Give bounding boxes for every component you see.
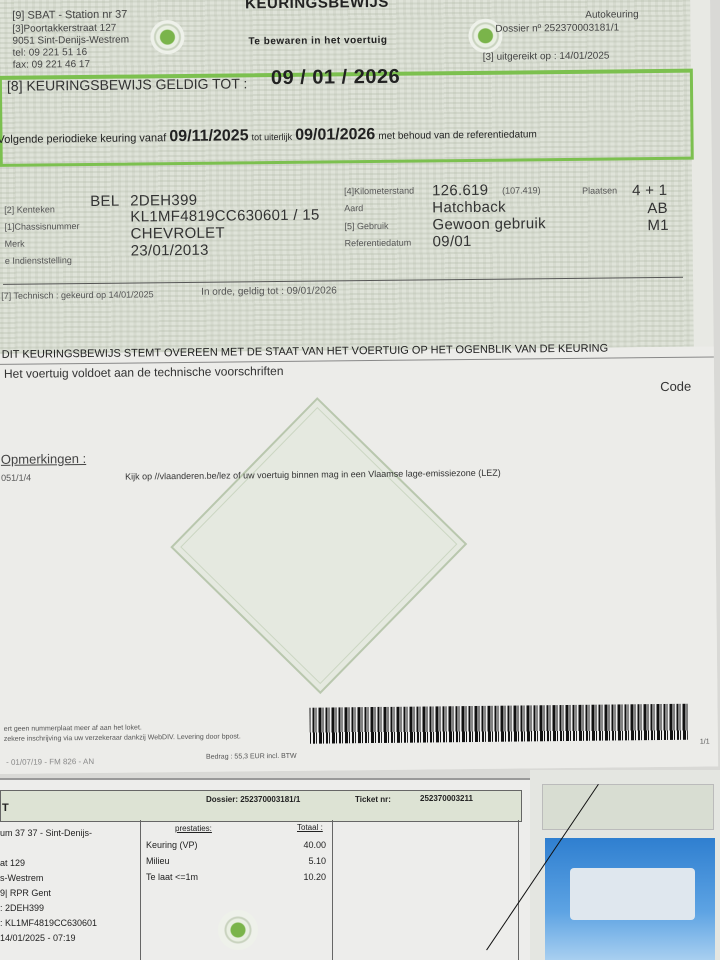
- plate-number: 2DEH399: [130, 192, 197, 210]
- service-item: Keuring (VP)40.00: [146, 837, 326, 853]
- document-subtitle: Te bewaren in het voertuig: [248, 35, 387, 47]
- goca-logo-icon: [150, 20, 184, 54]
- vehicle-category: M1: [647, 217, 669, 234]
- amount: Bedrag : 55,3 EUR incl. BTW: [206, 753, 297, 761]
- next-until-date: 09/01/2026: [295, 126, 375, 144]
- inspection-certificate: KEURINGSBEWIJS Te bewaren in het voertui…: [0, 0, 718, 774]
- next-from-date: 09/11/2025: [169, 127, 248, 145]
- service-item: Te laat <=1m10.20: [146, 869, 326, 885]
- form-code: - 01/07/19 - FM 826 - AN: [6, 757, 94, 767]
- validity-date: 09 / 01 / 2026: [271, 66, 401, 90]
- barcode: [309, 704, 687, 744]
- usage: Gewoon gebruik: [432, 215, 546, 233]
- body-type: Hatchback: [432, 199, 506, 217]
- plate-country: BEL: [90, 193, 119, 210]
- page-number: 1/1: [700, 739, 710, 746]
- odometer-previous: (107.419): [502, 185, 541, 195]
- remarks-label: Opmerkingen :: [1, 451, 86, 467]
- inspection-type: Autokeuring: [585, 9, 638, 21]
- station-name: [9] SBAT - Station nr 37: [12, 9, 127, 22]
- station-city: 9051 Sint-Denijs-Westrem: [12, 35, 129, 47]
- seats: 4 + 1: [632, 182, 667, 199]
- station-tel: tel: 09 221 51 16: [13, 47, 88, 59]
- remark-code: 051/1/4: [1, 473, 31, 483]
- reference-date: 09/01: [433, 233, 472, 250]
- issue-date: [3] uitgereikt op : 14/01/2025: [483, 51, 610, 63]
- technical-valid: In orde, geldig tot : 09/01/2026: [201, 285, 337, 297]
- station-street: [3]Poortakkerstraat 127: [12, 23, 116, 35]
- chassis-number: KL1MF4819CC630601 / 15: [130, 207, 319, 226]
- services-label: prestaties:: [175, 824, 212, 833]
- receipt-dossier: Dossier: 252370003181/1: [206, 795, 300, 804]
- ticket-number: 252370003211: [420, 794, 473, 803]
- validity-label: [8] KEURINGSBEWIJS GELDIG TOT :: [7, 75, 248, 94]
- payment-receipt: T Dossier: 252370003181/1 Ticket nr: 252…: [0, 778, 530, 960]
- footer-note-1: ert geen nummerplaat meer af aan het lok…: [4, 724, 142, 732]
- vehicle-make: CHEVROLET: [130, 225, 225, 243]
- first-registration: 23/01/2013: [131, 242, 209, 260]
- total-label: Totaal :: [297, 823, 323, 832]
- body-code: AB: [647, 200, 668, 217]
- dossier-number: Dossier nº 252370003181/1: [495, 22, 619, 34]
- station-fax: fax: 09 221 46 17: [13, 59, 90, 71]
- goca-logo-icon: [218, 910, 258, 950]
- windshield-sticker: [545, 838, 715, 960]
- technical-check: [7] Technisch : gekeurd op 14/01/2025: [1, 289, 154, 301]
- code-label: Code: [660, 379, 691, 394]
- receipt-station-info: um 37 37 - Sint-Denijs- at 129 s-Westrem…: [0, 826, 97, 946]
- sticker-window: [570, 868, 695, 920]
- inspection-result: Het voertuig voldoet aan de technische v…: [4, 364, 284, 381]
- service-item: Milieu5.10: [146, 853, 326, 869]
- service-list: Keuring (VP)40.00 Milieu5.10 Te laat <=1…: [146, 837, 326, 885]
- document-title: KEURINGSBEWIJS: [245, 0, 389, 12]
- odometer: 126.619: [432, 182, 489, 200]
